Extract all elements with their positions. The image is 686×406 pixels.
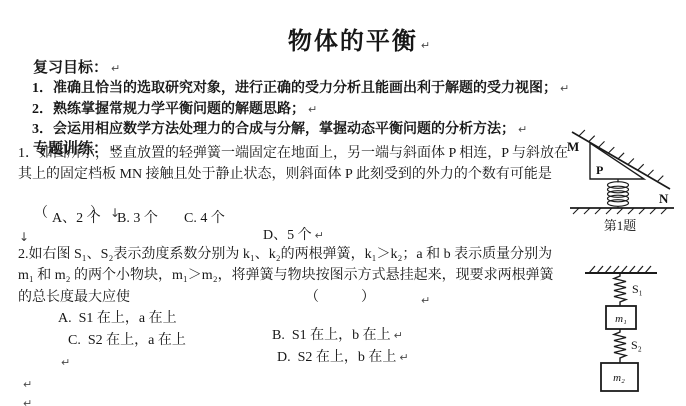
q1-line2: 其上的固定档板 MN 接触且处于静止状态，则斜面体 P 此刻受到的外力的个数有可… (18, 166, 552, 183)
board-MN-line (572, 130, 670, 189)
label-S1: S₁ (632, 282, 643, 296)
paragraph-mark: ↵ (315, 229, 324, 242)
spring-S1-icon (614, 273, 626, 306)
label-m1: m₁ (615, 313, 627, 325)
figure-q2-springs-blocks-diagram: S₁ m₁ S₂ m₂ (582, 256, 667, 401)
q1-line1: 1．如图所示，竖直放置的轻弹簧一端固定在地面上，另一端与斜面体 P 相连，P 与… (18, 145, 568, 162)
q1-option-b: B. 3 个 (117, 210, 158, 227)
figure-q1-wedge-spring-diagram: M N P 第1题 (560, 118, 686, 238)
ceiling-hatching (589, 266, 651, 273)
board-hatching (579, 130, 663, 182)
label-N: N (659, 191, 669, 206)
paragraph-mark: ↵ (421, 39, 430, 52)
ground-hatching (573, 208, 667, 214)
label-m2: m₂ (613, 372, 625, 384)
q2-answer-blank: （ ） (305, 289, 375, 306)
q1-option-a: A、2 个 (52, 210, 101, 227)
document-page: 物体的平衡↵ 复习目标：↵ 1．准确且恰当的选取研究对象，进行正确的受力分析且能… (0, 0, 686, 406)
spring-S2-icon (614, 329, 626, 363)
page-title: 物体的平衡 (288, 29, 418, 55)
q2-option-a: A. S1 在上，a 在上 (58, 310, 177, 327)
label-M: M (567, 139, 579, 154)
spring-coil-icon (608, 180, 629, 209)
q2-option-d: D. S2 在上，b 在上↵ (263, 332, 409, 383)
line-break-mark: ↓ (19, 229, 29, 246)
q1-option-d-text: D、5 个 (263, 228, 312, 243)
q1-option-c: C. 4 个 (184, 210, 225, 227)
paragraph-mark: ↵ (23, 395, 32, 406)
q2-line1: 2.如右图 S₁、S₂表示劲度系数分别为 k₁、k₂的两根弹簧，k₁＞k₂；a … (18, 246, 552, 263)
ceiling-line (585, 266, 657, 273)
paragraph-mark: ↵ (421, 292, 430, 309)
q2-option-c: C. S2 在上，a 在上 (68, 332, 186, 349)
label-P: P (596, 163, 603, 177)
paragraph-mark: ↵ (560, 82, 569, 95)
q2-line2: m₁ 和 m₂ 的两个小物块，m₁＞m₂，将弹簧与物块按图示方式悬挂起来，现要求… (18, 267, 554, 284)
paragraph-mark: ↵ (399, 351, 408, 364)
q2-line3-prefix: 的总长度最大应使 (18, 289, 130, 306)
paragraph-mark: ↵ (23, 376, 32, 393)
q2-option-d-text: D. S2 在上，b 在上 (277, 350, 396, 365)
ground-line (570, 208, 674, 214)
paragraph-mark: ↵ (61, 354, 70, 371)
figure1-caption: 第1题 (604, 218, 637, 233)
label-S2: S₂ (631, 338, 642, 352)
paragraph-mark: ↵ (518, 123, 527, 136)
